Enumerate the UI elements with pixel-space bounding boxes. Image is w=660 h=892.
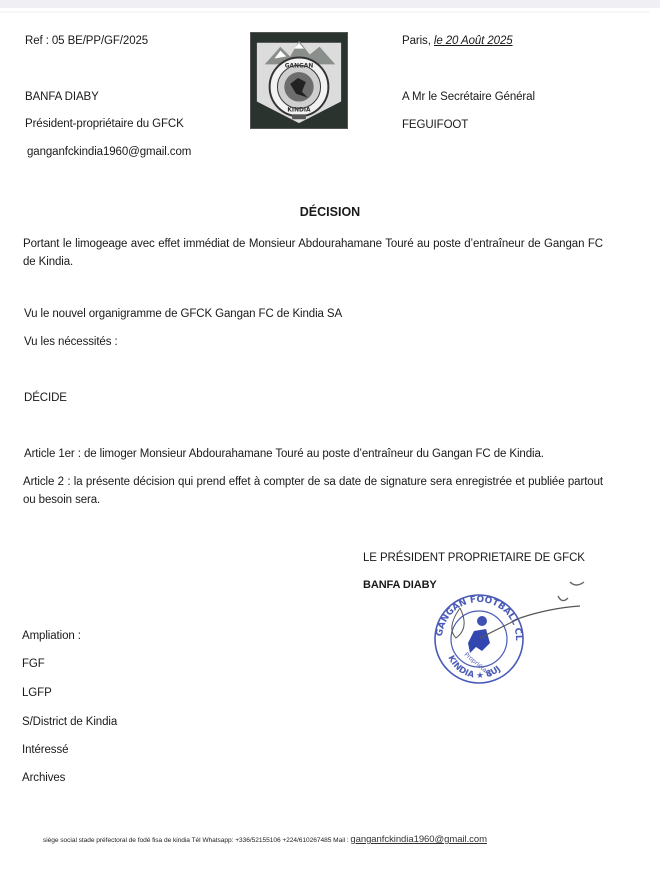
document-title: DÉCISION	[0, 205, 660, 219]
ampliation-recipient: S/District de Kindia	[22, 716, 117, 728]
recipient-line-2: FEGUIFOOT	[402, 119, 468, 131]
footer-text: siège social stade préfectoral de fodé f…	[43, 837, 350, 844]
consideration-1: Vu le nouvel organigramme de GFCK Gangan…	[24, 308, 342, 320]
svg-text:KINDIA: KINDIA	[287, 107, 311, 113]
decides-heading: DÉCIDE	[24, 392, 67, 404]
footer-email-link[interactable]: ganganfckindia1960@gmail.com	[350, 834, 487, 845]
decision-subject: Portant le limogeage avec effet immédiat…	[23, 235, 603, 271]
ampliation-recipient: LGFP	[22, 687, 52, 699]
date: le 20 Août 2025	[434, 35, 513, 47]
sender-name: BANFA DIABY	[25, 91, 99, 103]
date-line: Paris, le 20 Août 2025	[402, 35, 513, 47]
ampliation-recipient: Archives	[22, 772, 65, 784]
footer-contact: siège social stade préfectoral de fodé f…	[43, 834, 487, 845]
top-strip	[0, 0, 660, 8]
signatory-role: LE PRÉSIDENT PROPRIETAIRE DE GFCK	[363, 552, 585, 564]
article-2: Article 2 : la présente décision qui pre…	[23, 473, 603, 509]
sender-email: ganganfckindia1960@gmail.com	[27, 146, 191, 158]
reference-number: Ref : 05 BE/PP/GF/2025	[25, 35, 148, 47]
ampliation-label: Ampliation :	[22, 630, 81, 642]
place: Paris,	[402, 35, 431, 47]
svg-text:GANGAN: GANGAN	[285, 63, 314, 69]
ampliation-recipient: Intéressé	[22, 744, 68, 756]
article-1: Article 1er : de limoger Monsieur Abdour…	[24, 448, 544, 460]
ampliation-recipient: FGF	[22, 658, 45, 670]
sender-title: Président-propriétaire du GFCK	[25, 118, 184, 130]
consideration-2: Vu les nécessités :	[24, 336, 118, 348]
handwritten-signature-icon	[440, 568, 600, 658]
recipient-line-1: A Mr le Secrétaire Général	[402, 91, 535, 103]
club-crest-icon: GANGAN KINDIA	[250, 32, 348, 129]
